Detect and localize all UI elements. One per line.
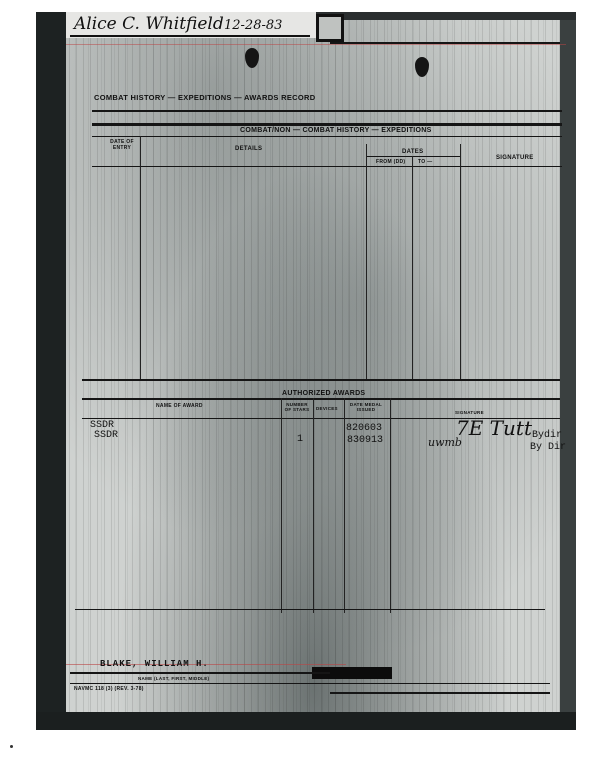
title-rule [92,110,562,112]
award-stars: 1 [297,434,303,445]
col-signature-1: SIGNATURE [496,155,534,161]
header-rule [330,42,560,44]
signature-authority: Bydir [532,430,562,441]
col-to: TO — [418,159,432,165]
stray-mark [10,745,13,748]
section2-header-rule [82,398,560,400]
footer-rule [70,672,330,674]
section1-top-rule [92,123,562,126]
divider [460,144,461,381]
scan-right-edge [560,20,576,720]
header-underline [70,35,310,37]
divider [390,398,391,613]
dates-subrule [366,156,461,157]
divider [344,398,345,613]
signature-authority: By Dir [530,442,566,453]
section2-bottom-rule [75,609,545,610]
divider [412,156,413,381]
col-name-of-award: NAME OF AWARD [156,403,203,409]
scan-artifact-line [66,44,566,45]
section1-body-rule [92,166,562,167]
award-date: 830913 [347,435,383,446]
col-devices: DEVICES [316,406,338,411]
col-signature-2: SIGNATURE [455,410,484,415]
handwritten-date: 12-28-83 [224,18,282,33]
col-date-of-entry: DATE OF ENTRY [102,139,142,151]
section1-header-rule [92,136,562,137]
form-title: COMBAT HISTORY — EXPEDITIONS — AWARDS RE… [94,93,315,102]
section2-title: AUTHORIZED AWARDS [282,390,365,397]
name-caption: NAME (LAST, FIRST, MIDDLE) [138,676,209,681]
col-dates: DATES [402,149,423,155]
divider [281,398,282,613]
scan-left-edge [36,12,66,730]
award-date: 820603 [346,423,382,434]
divider [366,144,367,381]
handwritten-initials: uwmb [428,436,462,449]
scan-bottom-edge [36,712,576,730]
handwritten-name: Alice C. Whitfield [74,14,224,34]
divider [313,398,314,613]
award-name: SSDR [94,430,118,441]
form-number: NAVMC 118 (3) (REV. 3-78) [74,686,144,692]
col-number-of-stars: NUMBER OF STARS [283,402,311,412]
section1-title: COMBAT/NON — COMBAT HISTORY — EXPEDITION… [240,127,432,134]
footer-rule-3 [330,692,550,694]
section2-top-rule [82,379,560,381]
folder-tab [316,14,344,42]
handwritten-signature: 7E Tutt [456,416,532,440]
col-from: FROM (DD) [376,159,405,165]
col-details: DETAILS [235,146,262,152]
col-date-medal-issued: DATE MEDAL ISSUED [345,402,387,412]
member-name: BLAKE, WILLIAM H. [100,659,209,669]
footer-rule-2 [70,683,550,684]
divider [140,136,141,381]
